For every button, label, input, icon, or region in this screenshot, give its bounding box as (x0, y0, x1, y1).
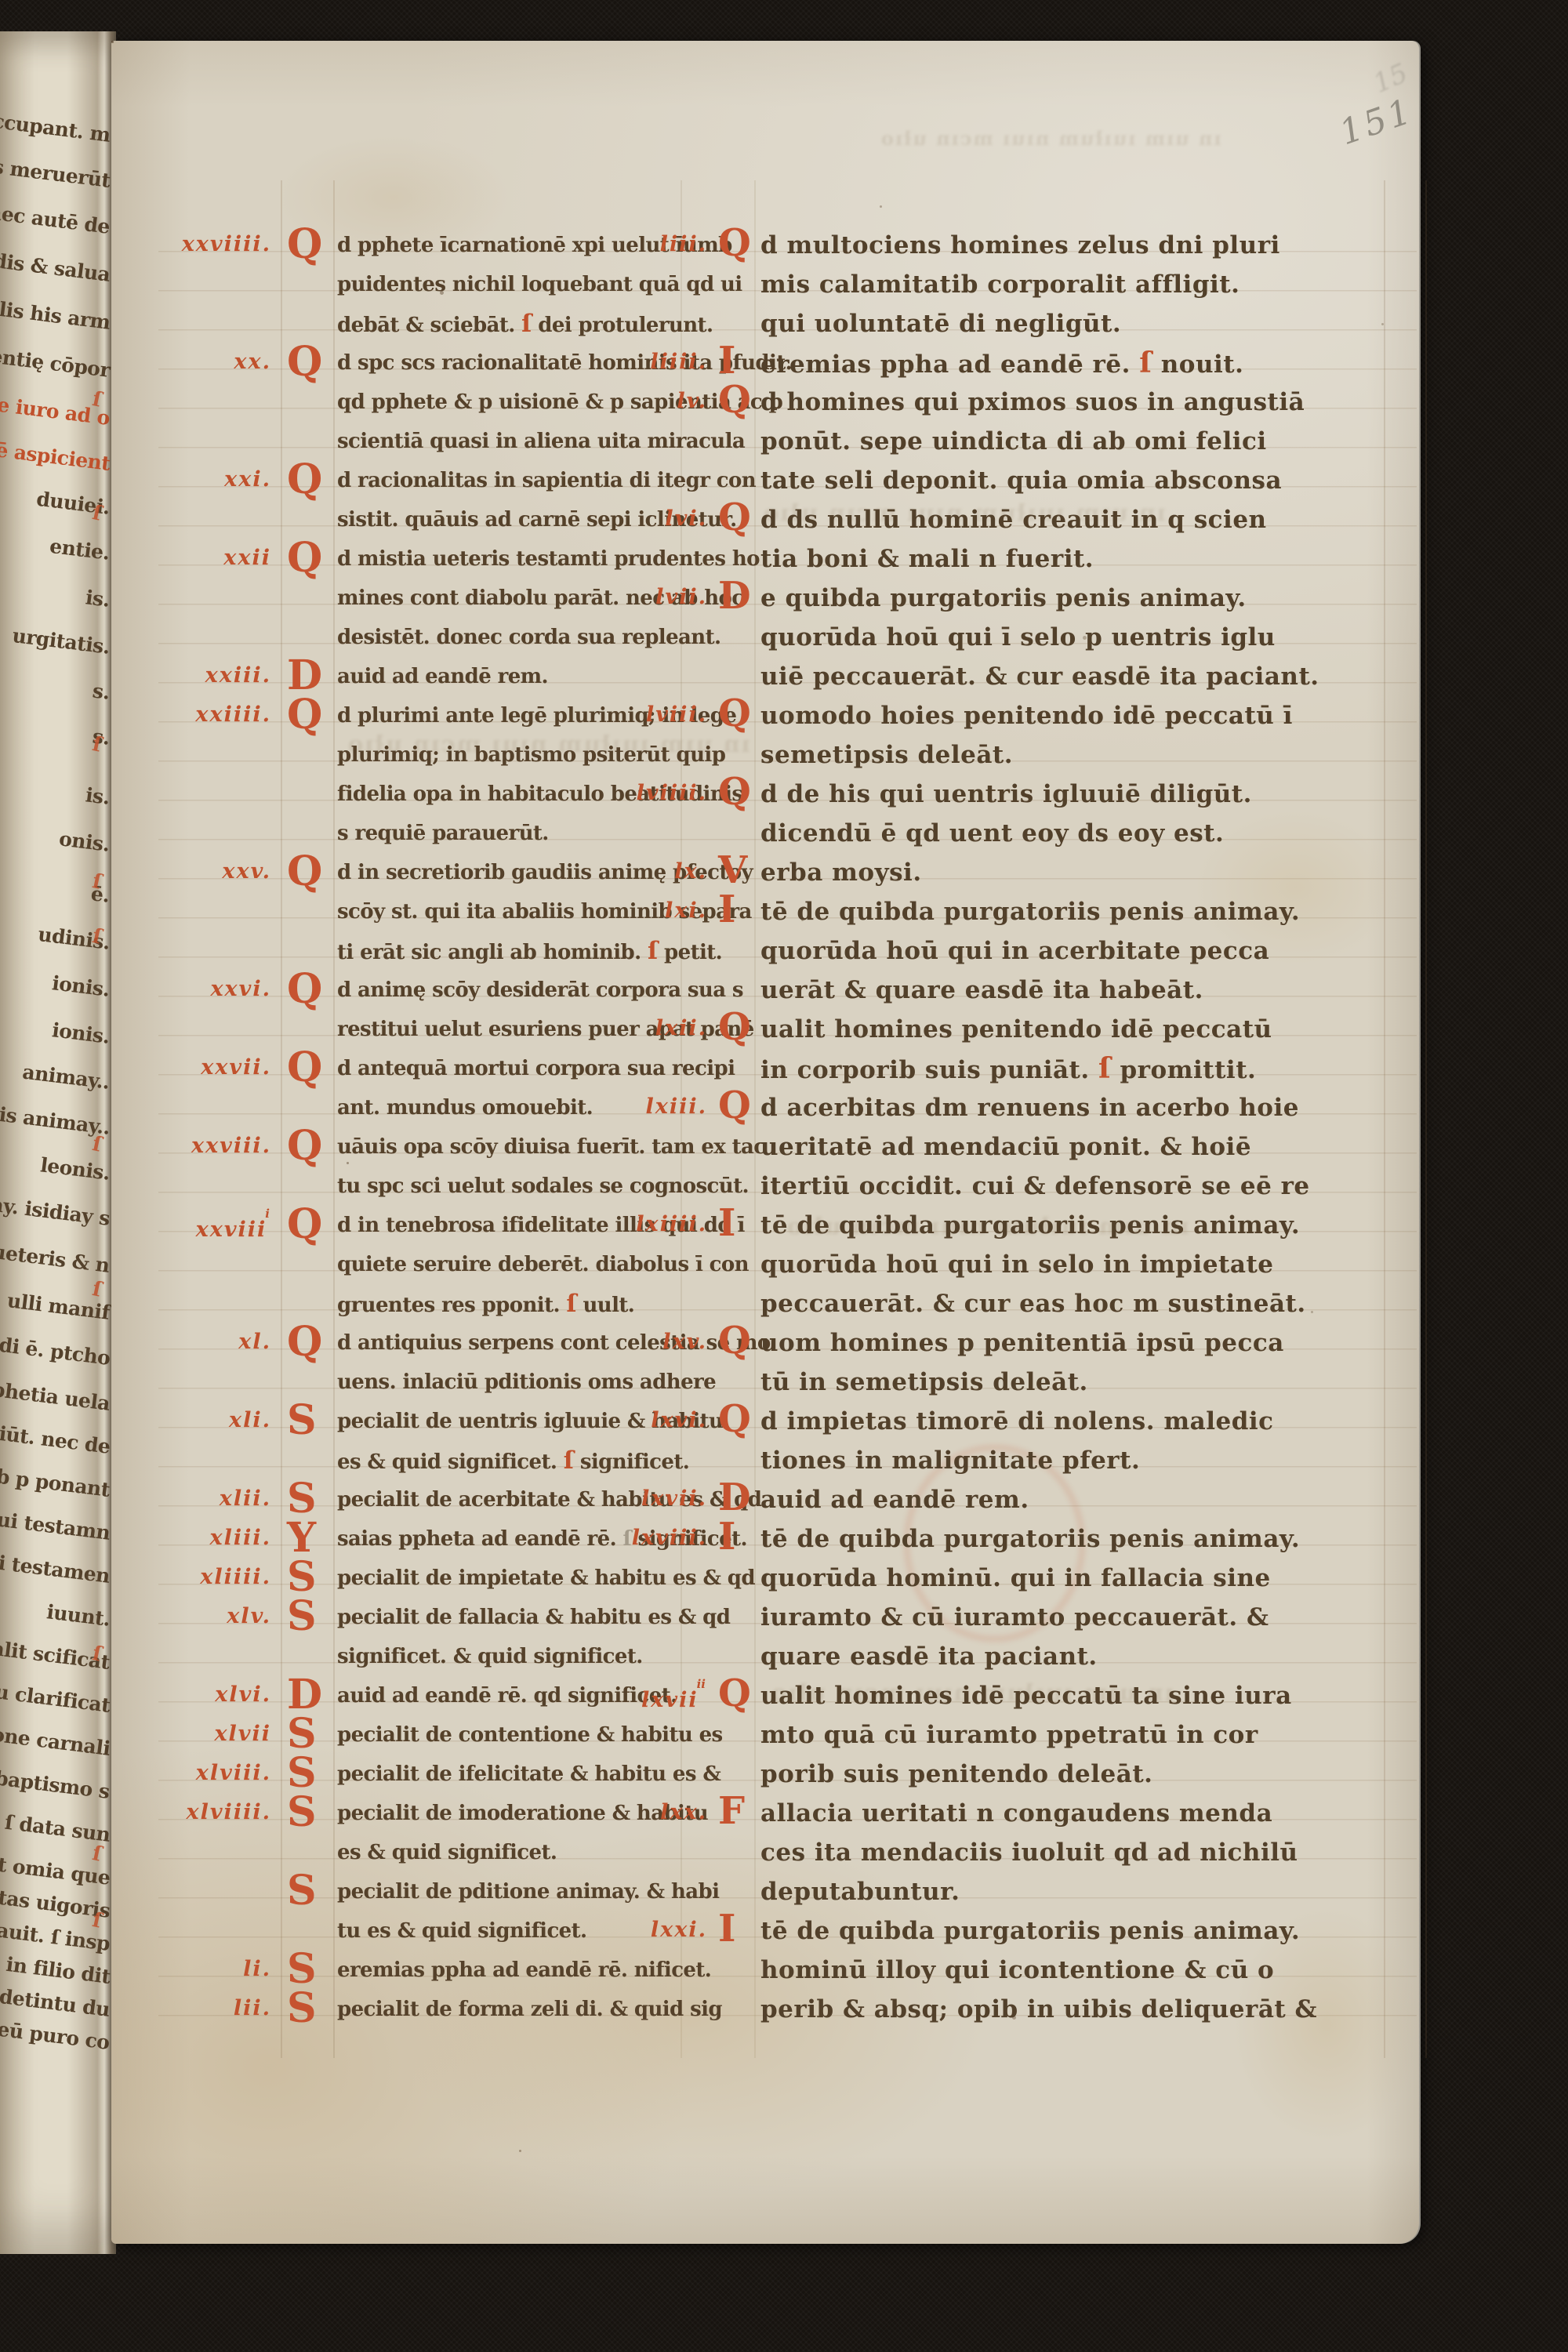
text-segment: auid ad eandē rem. (337, 665, 548, 688)
text-segment: mto quā cū iuramto ppetratū in cor (760, 1721, 1258, 1749)
red-paraph-mark: ſ (1139, 346, 1152, 379)
chapter-numeral: lxxi. (607, 1918, 707, 1943)
facing-page-text-fragment: is. (85, 586, 111, 612)
text-line: tē de quibda purgatoriis penis animay. (760, 892, 1300, 931)
chapter-numeral: lxviiii (607, 1682, 707, 1713)
chapter-numeral: xxiii. (140, 663, 271, 688)
text-segment: porib suis penitendo deleāt. (760, 1760, 1152, 1788)
text-line: uomodo hoies penitendo idē peccatū ī (760, 696, 1293, 735)
chapter-numeral: lxi. (607, 898, 707, 924)
capitulum-entry: lxii.Qualit homines penitendo idē peccat… (760, 1010, 1272, 1088)
text-line: quorūda hominū. qui in fallacia sine (760, 1559, 1300, 1598)
text-segment: plurimiq; in baptismo psiterūt quip (337, 743, 725, 767)
facing-page-text-fragment: onis. (58, 827, 111, 856)
rubricated-initial: Q (718, 1087, 751, 1124)
text-segment: itertiū occidit. cui & defensorē se eē r… (760, 1172, 1310, 1200)
rubricated-initial: F (718, 1792, 745, 1830)
rubricated-initial: Q (287, 1047, 322, 1088)
chapter-numeral: lxx. (607, 1800, 707, 1825)
capitulum-entry: xlviii.Specialit de ifelicitate & habitu… (337, 1755, 720, 1794)
text-segment: quorūda hoū qui ī selo p uentris iglu (760, 623, 1276, 652)
red-initial-peek: ſ (90, 1277, 103, 1302)
text-segment: iuramto & cū iuramto peccauerāt. & (760, 1603, 1269, 1632)
text-segment: ant. mundus omouebit. (337, 1096, 593, 1120)
rubricated-initial: Q (718, 224, 751, 262)
text-line: desistēt. donec corda sua repleant. (337, 618, 760, 657)
text-line: pecialit de fallacia & habitu es & qd (337, 1598, 730, 1637)
chapter-numeral: xxii (140, 546, 271, 571)
capitulum-entry: liii.Qd multociens homines zelus dni plu… (760, 226, 1280, 343)
facing-page-text-fragment: ero in baptismo s (0, 1759, 111, 1803)
facing-page-text-fragment: s. (92, 679, 111, 703)
text-segment: es & quid significet. (337, 1841, 557, 1864)
rubricated-initial: Q (718, 773, 751, 811)
text-line: ualit homines penitendo idē peccatū (760, 1010, 1272, 1049)
red-initial-peek: ſ (90, 1842, 103, 1867)
chapter-numeral: xlviii. (140, 1761, 271, 1786)
rubricated-initial: D (718, 577, 751, 615)
capitulum-entry: liiii.Ieremias ppha ad eandē rē. ſ nouit… (760, 343, 1243, 383)
capitulum-entry: lxiii.Qd acerbitas dm renuens in acerbo … (760, 1088, 1310, 1206)
text-line: tate seli deponit. quia omia absconsa (760, 461, 1305, 500)
text-segment: significet. & quid significet. (337, 1645, 643, 1668)
text-line: auid ad eandē rem. (337, 657, 548, 696)
rubricated-initial: I (718, 342, 735, 379)
facing-page-text-fragment: ā bonę scientię cōpor (0, 332, 111, 382)
text-segment: tate seli deponit. quia omia absconsa (760, 466, 1282, 495)
text-segment: uens. inlaciū pditionis oms adhere (337, 1370, 716, 1394)
text-segment: debāt & sciebāt. (337, 314, 521, 337)
rubricated-initial: Q (287, 1322, 322, 1363)
chapter-numeral: lxii. (607, 1016, 707, 1041)
chapter-numeral: lxv. (607, 1330, 707, 1355)
text-line: pecialit de contentione & habitu es (337, 1715, 723, 1755)
text-segment: pecialit de forma zeli di. & quid sig (337, 1998, 722, 2021)
rubricated-initial: Q (287, 695, 322, 735)
text-segment: auid ad eandē rem. (760, 1486, 1029, 1514)
text-line: perib & absq; opib in uibis deliquerāt & (760, 1990, 1317, 2029)
capitulum-entry: lxv.Quom homines p penitentiā ipsū pecca… (760, 1323, 1284, 1402)
chapter-numeral: xliiii. (140, 1565, 271, 1590)
text-segment: promittit. (1111, 1056, 1256, 1084)
facing-page-text-fragment: a ueti pphetia uela (0, 1368, 111, 1415)
text-segment: qui uoluntatē di negligūt. (760, 310, 1121, 338)
facing-page-text-fragment: morte poccupant. m (0, 98, 111, 147)
red-paraph-mark: ſ (648, 937, 658, 965)
rubricated-initial: Q (287, 851, 322, 892)
text-line: allacia ueritati n congaudens menda (760, 1794, 1298, 1833)
chapter-numeral: lviiii. (607, 781, 707, 806)
text-line: d multociens homines zelus dni pluri (760, 226, 1280, 265)
facing-page-text-fragment: t. fidelib p ponant (0, 1456, 111, 1501)
red-paraph-mark: ſ (521, 310, 532, 338)
rubricated-initial: Q (718, 1008, 751, 1046)
chapter-numeral: lxiii. (607, 1094, 707, 1120)
photo-of-manuscript: { "page": { "folio": "151", "folio_ghost… (0, 0, 1568, 2352)
chapter-numeral: xxvii. (140, 1055, 271, 1080)
rubricated-initial: Q (718, 1675, 751, 1712)
text-line: eremias ppha ad eandē rē. nificet. (337, 1951, 711, 1990)
facing-page-text-fragment: animay.. (21, 1061, 111, 1094)
text-line: peccauerāt. & cur eas hoc m sustineāt. (760, 1284, 1306, 1323)
text-segment: dei protulerunt. (532, 314, 713, 337)
text-line: porib suis penitendo deleāt. (760, 1755, 1292, 1794)
rubricated-initial: Q (287, 1204, 322, 1245)
capitulum-entry: lxvi.Qd impietas timorē di nolens. maled… (760, 1402, 1274, 1480)
rubricated-initial: V (718, 851, 747, 889)
text-segment: uāuis opa scōy diuisa fuerīt. tam ex tac (337, 1135, 766, 1159)
text-segment: tu spc sci uelut sodales se cognoscūt. (337, 1174, 749, 1198)
facing-page-text-fragment: iabolicay. isidiay s (0, 1185, 111, 1230)
text-segment: significet. (573, 1450, 689, 1474)
chapter-numeral: xxviiii (140, 1212, 271, 1243)
text-line: tiones in malignitate pfert. (760, 1441, 1274, 1480)
chapter-numeral: lxviii. (607, 1526, 707, 1551)
text-segment: pecialit de contentione & habitu es (337, 1723, 723, 1747)
chapter-numeral: lv. (607, 389, 707, 414)
chapter-numeral: lxvii. (607, 1486, 707, 1512)
text-line: quorūda hoū qui in acerbitate pecca (760, 931, 1300, 971)
text-line: semetipsis deleāt. (760, 735, 1293, 775)
facing-page-edge: morte poccupant. mn penis quas meruerūtp… (0, 31, 116, 2254)
text-segment: quorūda hoū qui in selo in impietate (760, 1250, 1273, 1279)
text-segment: hominū illoy qui icontentione & cū o (760, 1956, 1274, 1984)
text-segment: pecialit de ifelicitate & habitu es & (337, 1762, 720, 1786)
text-segment: quare easdē ita paciant. (760, 1642, 1098, 1671)
chapter-numeral: lx. (607, 859, 707, 884)
chapter-numeral: xlii. (140, 1486, 271, 1512)
facing-page-text-fragment: leonis. (39, 1153, 111, 1185)
text-line: iuramto & cū iuramto peccauerāt. & (760, 1598, 1300, 1637)
rubricated-initial: S (287, 1596, 317, 1637)
chapter-numeral: xx. (140, 350, 271, 375)
capitulum-entry: lxxi.Itē de quibda purgatoriis penis ani… (760, 1911, 1317, 2029)
text-line: ualit homines idē peccatū ta sine iura (760, 1676, 1292, 1715)
rubricated-initial: D (718, 1479, 751, 1516)
text-segment: pecialit de fallacia & habitu es & qd (337, 1606, 730, 1629)
rubricated-initial: Q (718, 1400, 751, 1438)
text-segment: tu es & quid significet. (337, 1919, 586, 1943)
chapter-numeral: lvi. (607, 506, 707, 532)
facing-page-text-fragment: ptntonē aspicient (0, 430, 111, 475)
vertical-ruling (1384, 180, 1385, 2058)
facing-page-text-fragment: entie. (49, 535, 111, 564)
rubricated-initial: Q (287, 538, 322, 579)
rubricated-initial: Q (718, 695, 751, 732)
text-segment: tū in semetipsis deleāt. (760, 1368, 1088, 1396)
text-segment: puidentes nichil loquebant quā qd ui (337, 273, 742, 296)
rubricated-initial: Q (718, 1322, 751, 1359)
text-segment: erba moysi. (760, 858, 922, 887)
text-line: ti erāt sic angli ab hominib. ſ petit. (337, 931, 753, 971)
text-line: erba moysi. (760, 853, 922, 892)
text-line: tia boni & mali n fuerit. (760, 539, 1267, 579)
capitulum-entry: lii.Specialit de forma zeli di. & quid s… (337, 1990, 722, 2029)
text-line: plurimiq; in baptismo psiterūt quip (337, 735, 742, 775)
chapter-numeral: lvii. (607, 585, 707, 610)
rubricated-initial: S (287, 1400, 317, 1441)
text-segment: gruentes res pponit. (337, 1294, 566, 1317)
text-segment: tē de quibda purgatoriis penis animay. (760, 1525, 1300, 1553)
capitulum-entry: lxx.Fallacia ueritati n congaudens menda… (760, 1794, 1298, 1911)
rubricated-initial: I (718, 1204, 735, 1242)
chapter-numeral: xxi. (140, 467, 271, 492)
text-line: s requiē parauerūt. (337, 814, 742, 853)
text-segment: dicendū ē qd uent eoy ds eoy est. (760, 819, 1224, 848)
text-segment: saias ppheta ad eandē rē. (337, 1527, 623, 1551)
text-segment: nouit. (1152, 350, 1243, 379)
capitulum-entry: xlviiSpecialit de contentione & habitu e… (337, 1715, 723, 1755)
capitulum-entry: lviii.Quomodo hoies penitendo idē peccat… (760, 696, 1293, 775)
text-line: scientiā quasi in aliena uita miracula (337, 422, 792, 461)
text-segment: d acerbitas dm renuens in acerbo hoie (760, 1094, 1299, 1122)
capitulum-entry: lvi.Qd ds nullū hominē creauit in q scie… (760, 500, 1267, 579)
text-segment: es & quid significet. (337, 1450, 564, 1474)
vertical-ruling (333, 180, 335, 2058)
text-line: uiē peccauerāt. & cur easdē ita paciant. (760, 657, 1319, 696)
text-line: tē de quibda purgatoriis penis animay. (760, 1206, 1306, 1245)
folio-number: 151 (1334, 91, 1418, 153)
facing-page-text-fragment: urgitatis. (11, 624, 111, 659)
vertical-ruling (1425, 180, 1427, 2058)
text-line: tē de quibda purgatoriis penis animay. (760, 1911, 1317, 1951)
chapter-numeral: xxiiii. (140, 702, 271, 728)
facing-page-text-fragment: i di celu clarificat (0, 1671, 111, 1717)
chapter-numeral: liiii. (607, 350, 707, 375)
text-line: d racionalitas in sapientia di itegr con (337, 461, 756, 500)
text-line: quiete seruire deberēt. diabolus ī con (337, 1245, 749, 1284)
text-segment: d multociens homines zelus dni pluri (760, 231, 1280, 260)
text-line: d homines qui pximos suos in angustiā (760, 383, 1305, 422)
chapter-numeral: xxviii. (140, 1134, 271, 1159)
facing-page-text-fragment: n penis quas meruerūt (0, 140, 111, 192)
text-segment: tē de quibda purgatoriis penis animay. (760, 1917, 1300, 1945)
manuscript-page: ın uım ıuıłum nıuı mcın ułıo ın uım ıuıł… (111, 41, 1419, 2244)
text-line: debāt & sciebāt. ſ dei protulerunt. (337, 304, 742, 343)
text-segment: in corporib suis puniāt. (760, 1056, 1098, 1084)
parchment-specks (111, 41, 114, 43)
capitulum-entry: lxviii.Itē de quibda purgatoriis penis a… (760, 1519, 1300, 1676)
text-line: ueritatē ad mendaciū ponit. & hoiē (760, 1127, 1310, 1167)
text-segment: desistēt. donec corda sua repleant. (337, 626, 720, 649)
text-line: eremias ppha ad eandē rē. ſ nouit. (760, 343, 1243, 383)
facing-page-text-fragment: ab purgandis & salua (0, 236, 111, 286)
facing-page-text-fragment: is. (85, 783, 111, 809)
text-segment: d mistia ueteris testamti prudentes ho (337, 547, 760, 571)
text-line: pecialit de ifelicitate & habitu es & (337, 1755, 720, 1794)
chapter-numeral: xlv. (140, 1604, 271, 1629)
text-line: tu spc sci uelut sodales se cognoscūt. (337, 1167, 766, 1206)
text-line: tū in semetipsis deleāt. (760, 1363, 1284, 1402)
text-line: d acerbitas dm renuens in acerbo hoie (760, 1088, 1310, 1127)
text-segment: ti erāt sic angli ab hominib. (337, 941, 648, 964)
text-line: es & quid significet. (337, 1833, 708, 1872)
text-line: in corporib suis puniāt. ſ promittit. (760, 1049, 1272, 1088)
capitulum-entry: lxiiii.Itē de quibda purgatoriis penis a… (760, 1206, 1306, 1323)
text-segment: quorūda hominū. qui in fallacia sine (760, 1564, 1271, 1592)
text-segment: perib & absq; opib in uibis deliquerāt & (760, 1995, 1317, 2024)
text-line: es & quid significet. ſ significet. (337, 1441, 723, 1480)
text-segment: petit. (658, 941, 723, 964)
text-line: quorūda hoū qui ī selo p uentris iglu (760, 618, 1319, 657)
chapter-numeral: xlviiii. (140, 1800, 271, 1825)
chapter-numeral: li. (140, 1957, 271, 1982)
text-line: puidentes nichil loquebant quā qd ui (337, 265, 742, 304)
text-line: mis calamitatib corporalit affligit. (760, 265, 1280, 304)
text-segment: quiete seruire deberēt. diabolus ī con (337, 1253, 749, 1276)
text-segment: d de his qui uentris igluuiē diligūt. (760, 780, 1252, 808)
text-segment: uomodo hoies penitendo idē peccatū ī (760, 702, 1293, 730)
text-line: qui uoluntatē di negligūt. (760, 304, 1280, 343)
text-line: pecialit de forma zeli di. & quid sig (337, 1990, 722, 2029)
text-segment: ponūt. sepe uindicta di ab omi felici (760, 427, 1267, 456)
rubricated-initial: Q (287, 1126, 322, 1167)
text-line: d mistia ueteris testamti prudentes ho (337, 539, 760, 579)
text-segment: tiones in malignitate pfert. (760, 1446, 1140, 1475)
capitulum-entry: lxvii.Dauid ad eandē rem. (760, 1480, 1029, 1519)
chapter-numeral: xli. (140, 1408, 271, 1433)
text-line: uerāt & quare easdē ita habeāt. (760, 971, 1300, 1010)
text-line: ces ita mendaciis iuoluit qd ad nichilū (760, 1833, 1298, 1872)
rubricated-initial: S (287, 1792, 317, 1833)
text-segment: qd pphete & p uisionē & p sapientiā ac p (337, 390, 782, 414)
rubricated-initial: Q (287, 224, 322, 265)
chapter-numeral: lxiiii. (607, 1212, 707, 1237)
text-line: tē de quibda purgatoriis penis animay. (760, 1519, 1300, 1559)
capitulum-entry: lviiii.Qd de his qui uentris igluuiē dil… (760, 775, 1252, 853)
text-line: dicendū ē qd uent eoy ds eoy est. (760, 814, 1252, 853)
chapter-numeral: lviii. (607, 702, 707, 728)
text-segment: ualit homines penitendo idē peccatū (760, 1015, 1272, 1044)
facing-page-text-fragment: iuunt. (45, 1600, 111, 1631)
vertical-ruling (281, 180, 282, 2058)
text-line: significet. & quid significet. (337, 1637, 730, 1676)
text-segment: d animę scōy desiderāt corpora sua s (337, 978, 743, 1002)
chapter-numeral: lxvi. (607, 1408, 707, 1433)
text-segment: d ds nullū hominē creauit in q scien (760, 506, 1267, 534)
red-paraph-mark: ſ (1098, 1051, 1111, 1085)
chapter-numeral: liii. (607, 232, 707, 257)
text-segment: uom homines p penitentiā ipsū pecca (760, 1329, 1284, 1357)
text-line: quare easdē ita paciant. (760, 1637, 1300, 1676)
text-segment: pecialit de impietate & habitu es & qd (337, 1566, 755, 1590)
capitulum-entry: li.Seremias ppha ad eandē rē. nificet. (337, 1951, 711, 1990)
text-line: d de his qui uentris igluuiē diligūt. (760, 775, 1252, 814)
facing-page-text-fragment: ionis. (51, 971, 111, 1001)
text-line: ponūt. sepe uindicta di ab omi felici (760, 422, 1305, 461)
rubricated-initial: S (287, 1871, 317, 1911)
facing-page-text-fragment: r rem. ſ data sun (0, 1802, 111, 1846)
text-line: mto quā cū iuramto ppetratū in cor (760, 1715, 1292, 1755)
rubricated-initial: Q (287, 459, 322, 500)
text-segment: d racionalitas in sapientia di itegr con (337, 469, 756, 492)
capitulum-entry: xxviii.Quāuis opa scōy diuisa fuerīt. ta… (337, 1127, 766, 1206)
text-segment: scientiā quasi in aliena uita miracula (337, 430, 745, 453)
capitulum-entry: lvii.De quibda purgatoriis penis animay.… (760, 579, 1319, 696)
text-segment: deputabuntur. (760, 1878, 960, 1906)
text-line: d animę scōy desiderāt corpora sua s (337, 971, 754, 1010)
red-paraph-mark: ſ (566, 1290, 576, 1318)
facing-page-text-fragment: umta ueteris & n (0, 1232, 111, 1277)
text-line: uom homines p penitentiā ipsū pecca (760, 1323, 1284, 1363)
text-segment: ces ita mendaciis iuoluit qd ad nichilū (760, 1838, 1298, 1867)
capitulum-entry: xxiii.Dauid ad eandē rem. (337, 657, 548, 696)
text-segment: s requiē parauerūt. (337, 822, 549, 845)
text-segment: pecialit de pditione animay. & habi (337, 1880, 719, 1904)
red-paraph-mark: ſ (564, 1446, 574, 1475)
text-segment: uiē peccauerāt. & cur easdē ita paciant. (760, 662, 1319, 691)
text-line: gruentes res pponit. ſ uult. (337, 1284, 749, 1323)
facing-page-text-fragment: rcucisione carnali (0, 1714, 111, 1759)
text-line: d ds nullū hominē creauit in q scien (760, 500, 1267, 539)
text-line: d impietas timorē di nolens. maledic (760, 1402, 1274, 1441)
facing-page-text-fragment: pdictū ē. hec autē de (0, 189, 111, 238)
text-line: uens. inlaciū pditionis oms adhere (337, 1363, 771, 1402)
chapter-numeral: xl. (140, 1330, 271, 1355)
facing-page-text-fragment: a st. & fidelis his arm (0, 284, 111, 334)
rubricated-initial: Q (718, 499, 751, 536)
capitulum-entry: lv.Qd homines qui pximos suos in angusti… (760, 383, 1305, 500)
text-line: deputabuntur. (760, 1872, 1298, 1911)
text-segment: semetipsis deleāt. (760, 741, 1013, 769)
capitulum-entry: lxi.Itē de quibda purgatoriis penis anim… (760, 892, 1300, 1010)
text-line: d antequā mortui corpora sua recipi (337, 1049, 735, 1088)
capitulum-entry: xliiii.Specialit de impietate & habitu e… (337, 1559, 755, 1598)
rubricated-initial: I (718, 1910, 735, 1947)
text-segment: d homines qui pximos suos in angustiā (760, 388, 1305, 416)
rubricated-initial: S (287, 1988, 317, 2029)
capitulum-entry: xlv.Specialit de fallacia & habitu es & … (337, 1598, 730, 1676)
bleedthrough-text: ın uım ıuıłum nıuı mcın ułıo (880, 127, 1221, 150)
text-segment: ualit homines idē peccatū ta sine iura (760, 1682, 1292, 1710)
capitulum-entry: lxviiiiQualit homines idē peccatū ta sin… (760, 1676, 1292, 1794)
chapter-numeral: lii. (140, 1996, 271, 2021)
text-segment: d impietas timorē di nolens. maledic (760, 1407, 1274, 1436)
text-line: pecialit de impietate & habitu es & qd (337, 1559, 755, 1598)
text-segment: ueritatē ad mendaciū ponit. & hoiē (760, 1133, 1251, 1161)
facing-page-text-fragment: ę ueteri testamen (0, 1542, 111, 1588)
text-segment: tē de quibda purgatoriis penis animay. (760, 898, 1300, 926)
text-line: hominū illoy qui icontentione & cū o (760, 1951, 1317, 1990)
text-segment: uult. (576, 1294, 634, 1317)
facing-page-text-fragment: ionis. (51, 1018, 111, 1048)
rubricated-initial: I (718, 891, 735, 928)
text-segment: e quibda purgatoriis penis animay. (760, 584, 1247, 612)
text-segment: d antequā mortui corpora sua recipi (337, 1057, 735, 1080)
text-segment: tē de quibda purgatoriis penis animay. (760, 1211, 1300, 1240)
chapter-numeral: xxvi. (140, 977, 271, 1002)
chapter-numeral: xlvii (140, 1722, 271, 1747)
text-segment: mis calamitatib corporalit affligit. (760, 270, 1240, 299)
text-segment: tia boni & mali n fuerit. (760, 545, 1094, 573)
facing-page-text-fragment: t filii di ē. ptcho (0, 1327, 111, 1370)
chapter-numeral: xlvi. (140, 1682, 271, 1708)
capitulum-entry: lx.Verba moysi. (760, 853, 922, 892)
text-line: pecialit de pditione animay. & habi (337, 1872, 719, 1911)
chapter-numeral: xliii. (140, 1526, 271, 1551)
rubricated-initial: Q (718, 381, 751, 419)
chapter-numeral: xxv. (140, 859, 271, 884)
rubricated-initial: I (718, 1518, 735, 1555)
text-line: itertiū occidit. cui & defensorē se eē r… (760, 1167, 1310, 1206)
text-line: uāuis opa scōy diuisa fuerīt. tam ex tac (337, 1127, 766, 1167)
text-segment: quorūda hoū qui in acerbitate pecca (760, 937, 1269, 965)
rubricated-initial: Q (287, 342, 322, 383)
text-segment: uerāt & quare easdē ita habeāt. (760, 976, 1203, 1004)
text-line: e quibda purgatoriis penis animay. (760, 579, 1319, 618)
facing-page-text-fragment: re etendiūt. nec de (0, 1411, 111, 1458)
text-line: quorūda hoū qui in selo in impietate (760, 1245, 1306, 1284)
